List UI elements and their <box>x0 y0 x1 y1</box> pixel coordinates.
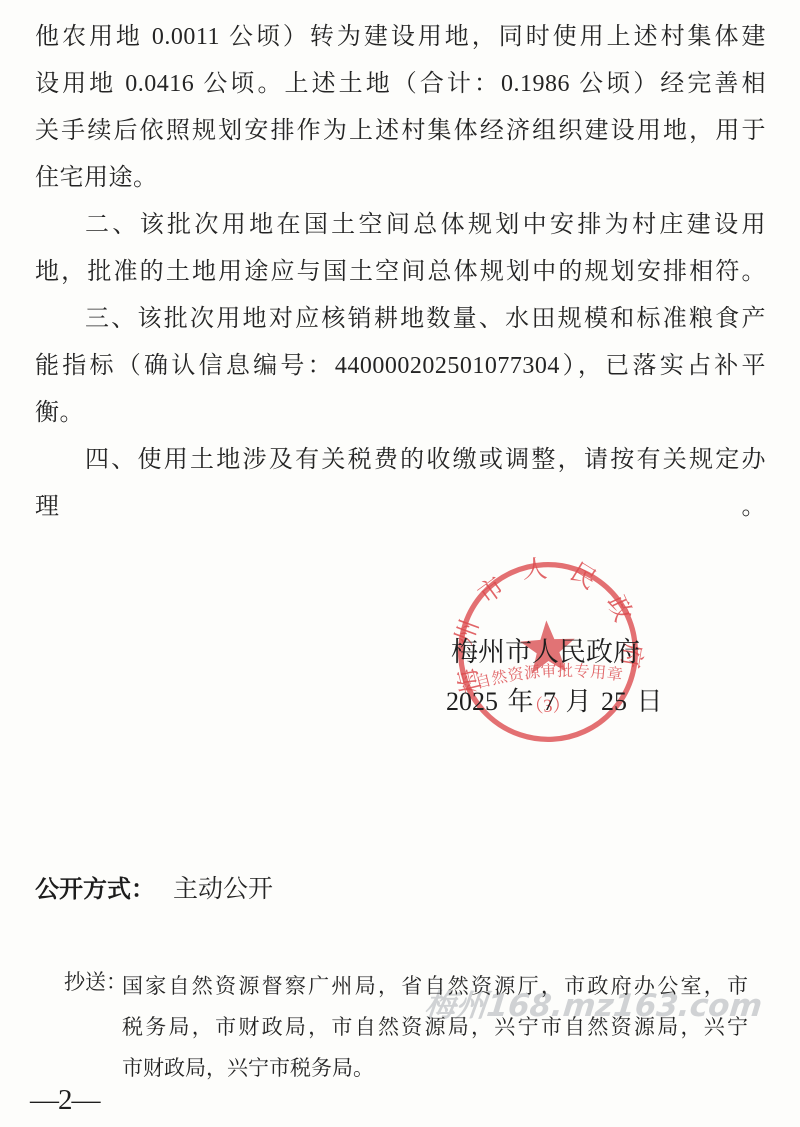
cc-line: 税务局，市财政局，市自然资源局，兴宁市自然资源局，兴宁 <box>122 1007 748 1048</box>
signature-date: 2025 年 7 月 25 日 <box>446 681 663 718</box>
body-line: 二、该批次用地在国土空间总体规划中安排为村庄建设用 <box>35 202 766 249</box>
body-line: 他农用地 0.0011 公顷）转为建设用地，同时使用上述村集体建 <box>35 14 766 61</box>
body-line: 衡。 <box>35 390 766 437</box>
body-line: 地，批准的土地用途应与国土空间总体规划中的规划安排相符。 <box>35 249 766 296</box>
paragraph-item-3: 三、该批次用地对应核销耕地数量、水田规模和标准粮食产 能指标（确认信息编号：44… <box>35 296 766 437</box>
body-line: 设用地 0.0416 公顷。上述土地（合计：0.1986 公顷）经完善相 <box>35 61 766 108</box>
document-body: 他农用地 0.0011 公顷）转为建设用地，同时使用上述村集体建 设用地 0.0… <box>35 14 766 531</box>
publicity-label: 公开方式： <box>35 875 155 903</box>
page-number: —2— <box>30 1084 100 1117</box>
cc-line: 国家自然资源督察广州局，省自然资源厅，市政府办公室，市 <box>122 966 748 1007</box>
publicity-line: 公开方式：主动公开 <box>35 869 273 905</box>
paragraph-item-2: 二、该批次用地在国土空间总体规划中安排为村庄建设用 地，批准的土地用途应与国土空… <box>35 202 766 296</box>
paragraph-item-4: 四、使用土地涉及有关税费的收缴或调整，请按有关规定办理。 <box>35 437 766 531</box>
body-line: 能指标（确认信息编号：440000202501077304），已落实占补平 <box>35 343 766 390</box>
cc-line: 市财政局，兴宁市税务局。 <box>122 1048 748 1089</box>
body-line: 三、该批次用地对应核销耕地数量、水田规模和标准粮食产 <box>35 296 766 343</box>
body-line: 住宅用途。 <box>35 155 766 202</box>
body-line: 四、使用土地涉及有关税费的收缴或调整，请按有关规定办理。 <box>35 437 766 531</box>
signature-issuer: 梅州市人民政府 <box>451 630 640 669</box>
paragraph-continuation: 他农用地 0.0011 公顷）转为建设用地，同时使用上述村集体建 设用地 0.0… <box>35 14 766 202</box>
cc-label: 抄送： <box>64 966 127 996</box>
document-page: 梅州168.mz163.com 他农用地 0.0011 公顷）转为建设用地，同时… <box>0 0 800 1127</box>
body-line: 关手续后依照规划安排作为上述村集体经济组织建设用地，用于 <box>35 108 766 155</box>
publicity-value: 主动公开 <box>173 876 273 903</box>
cc-list: 国家自然资源督察广州局，省自然资源厅，市政府办公室，市 税务局，市财政局，市自然… <box>122 966 748 1089</box>
